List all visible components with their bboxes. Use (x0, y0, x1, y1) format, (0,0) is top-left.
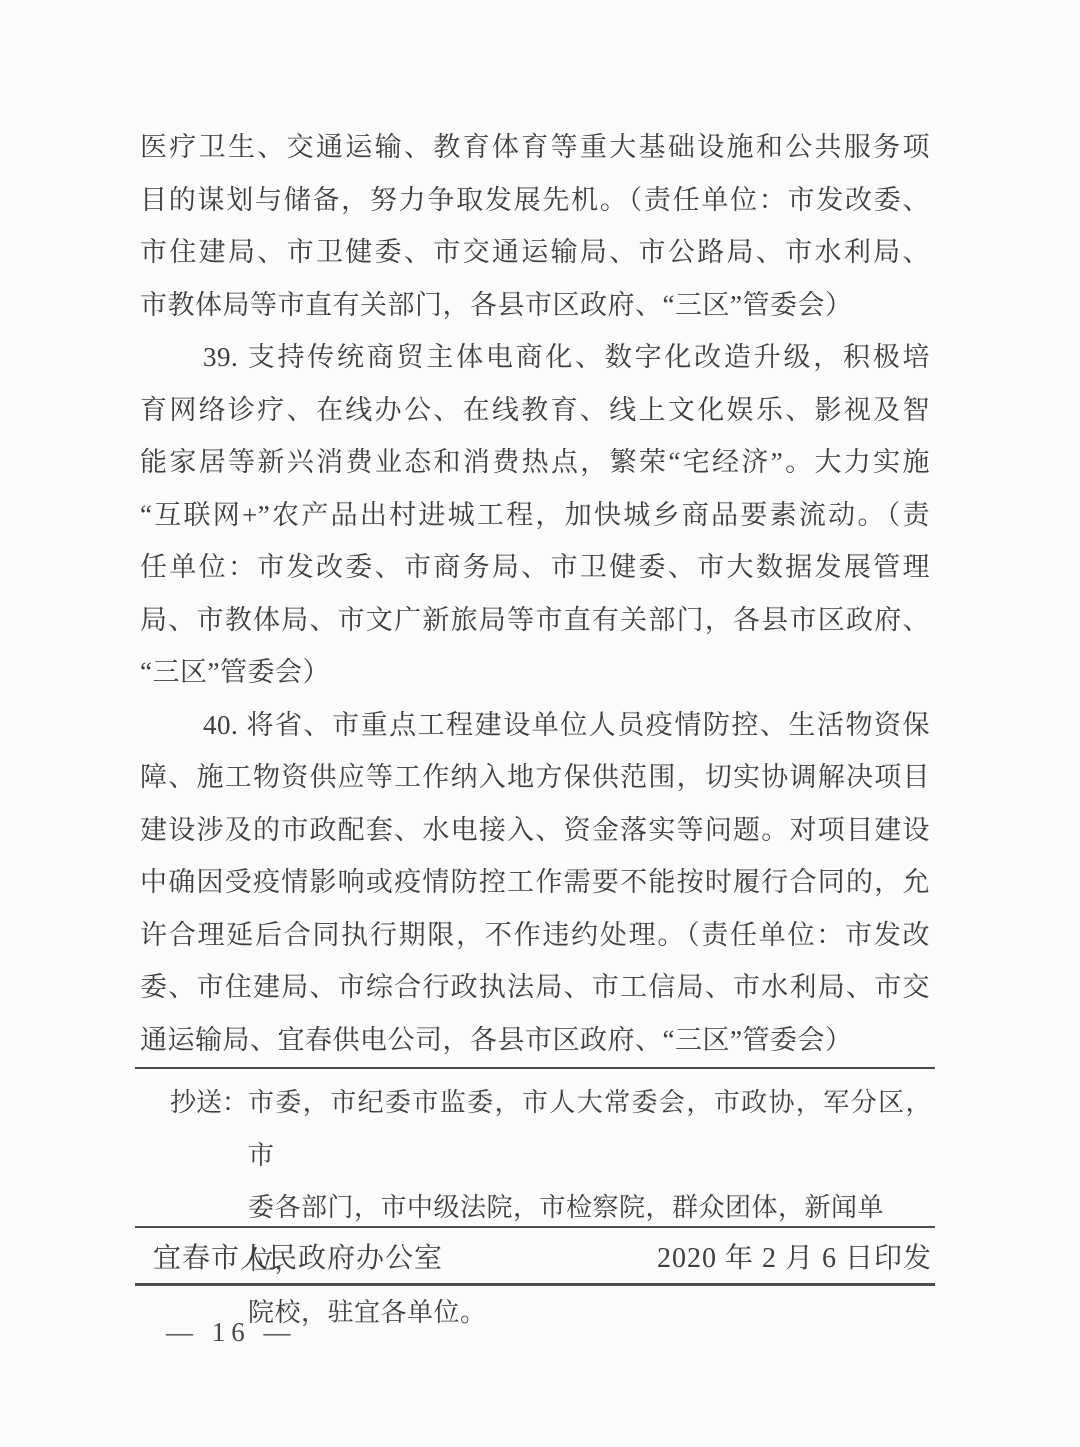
text-line: 建设涉及的市政配套、水电接入、资金落实等问题。对项目建设 (140, 804, 930, 857)
text-line: 市住建局、市卫健委、市交通运输局、市公路局、市水利局、 (140, 226, 930, 279)
copy-to-section: 抄送： 市委，市纪委市监委，市人大常委会，市政协，军分区，市 委各部门，市中级法… (170, 1077, 932, 1340)
copy-to-label: 抄送： (170, 1077, 248, 1130)
print-date: 2020 年 2 月 6 日印发 (657, 1234, 932, 1284)
issuer-bottom-rule (135, 1283, 935, 1286)
text-line: 市教体局等市直有关部门，各县市区政府、“三区”管委会） (140, 279, 930, 332)
copy-line: 院校，驻宜各单位。 (248, 1287, 932, 1340)
document-body: 医疗卫生、交通运输、教育体育等重大基础设施和公共服务项 目的谋划与储备，努力争取… (140, 121, 930, 1066)
text-line: 局、市教体局、市文广新旅局等市直有关部门，各县市区政府、 (140, 594, 930, 647)
text-line: 委、市住建局、市综合行政执法局、市工信局、市水利局、市交 (140, 961, 930, 1014)
text-line: 目的谋划与储备，努力争取发展先机。（责任单位：市发改委、 (140, 174, 930, 227)
text-line: 通运输局、宜春供电公司，各县市区政府、“三区”管委会） (140, 1014, 930, 1067)
paragraph: 39. 支持传统商贸主体电商化、数字化改造升级，积极培 育网络诊疗、在线办公、在… (140, 331, 930, 699)
copy-to-lines: 市委，市纪委市监委，市人大常委会，市政协，军分区，市 委各部门，市中级法院，市检… (248, 1077, 932, 1340)
paragraph: 医疗卫生、交通运输、教育体育等重大基础设施和公共服务项 目的谋划与储备，努力争取… (140, 121, 930, 331)
paragraph: 40. 将省、市重点工程建设单位人员疫情防控、生活物资保 障、施工物资供应等工作… (140, 699, 930, 1067)
text-line: 任单位：市发改委、市商务局、市卫健委、市大数据发展管理 (140, 541, 930, 594)
document-page: 医疗卫生、交通运输、教育体育等重大基础设施和公共服务项 目的谋划与储备，努力争取… (0, 0, 1080, 1447)
copy-section-top-rule (135, 1067, 935, 1069)
text-line: 医疗卫生、交通运输、教育体育等重大基础设施和公共服务项 (140, 121, 930, 174)
text-line: 许合理延后合同执行期限，不作违约处理。（责任单位：市发改 (140, 909, 930, 962)
copy-line: 市委，市纪委市监委，市人大常委会，市政协，军分区，市 (248, 1077, 932, 1182)
issuer-top-rule (135, 1226, 935, 1228)
text-line: 育网络诊疗、在线办公、在线教育、线上文化娱乐、影视及智 (140, 384, 930, 437)
text-line: “三区”管委会） (140, 646, 930, 699)
text-line: 40. 将省、市重点工程建设单位人员疫情防控、生活物资保 (140, 699, 930, 752)
text-line: 障、施工物资供应等工作纳入地方保供范围，切实协调解决项目 (140, 751, 930, 804)
issuing-office: 宜春市人民政府办公室 (153, 1234, 443, 1284)
text-line: “互联网+”农产品出村进城工程，加快城乡商品要素流动。（责 (140, 489, 930, 542)
page-number: — 16 — (166, 1315, 297, 1349)
text-line: 能家居等新兴消费业态和消费热点，繁荣“宅经济”。大力实施 (140, 436, 930, 489)
text-line: 39. 支持传统商贸主体电商化、数字化改造升级，积极培 (140, 331, 930, 384)
text-line: 中确因受疫情影响或疫情防控工作需要不能按时履行合同的，允 (140, 856, 930, 909)
issuer-row: 宜春市人民政府办公室 2020 年 2 月 6 日印发 (153, 1234, 932, 1284)
